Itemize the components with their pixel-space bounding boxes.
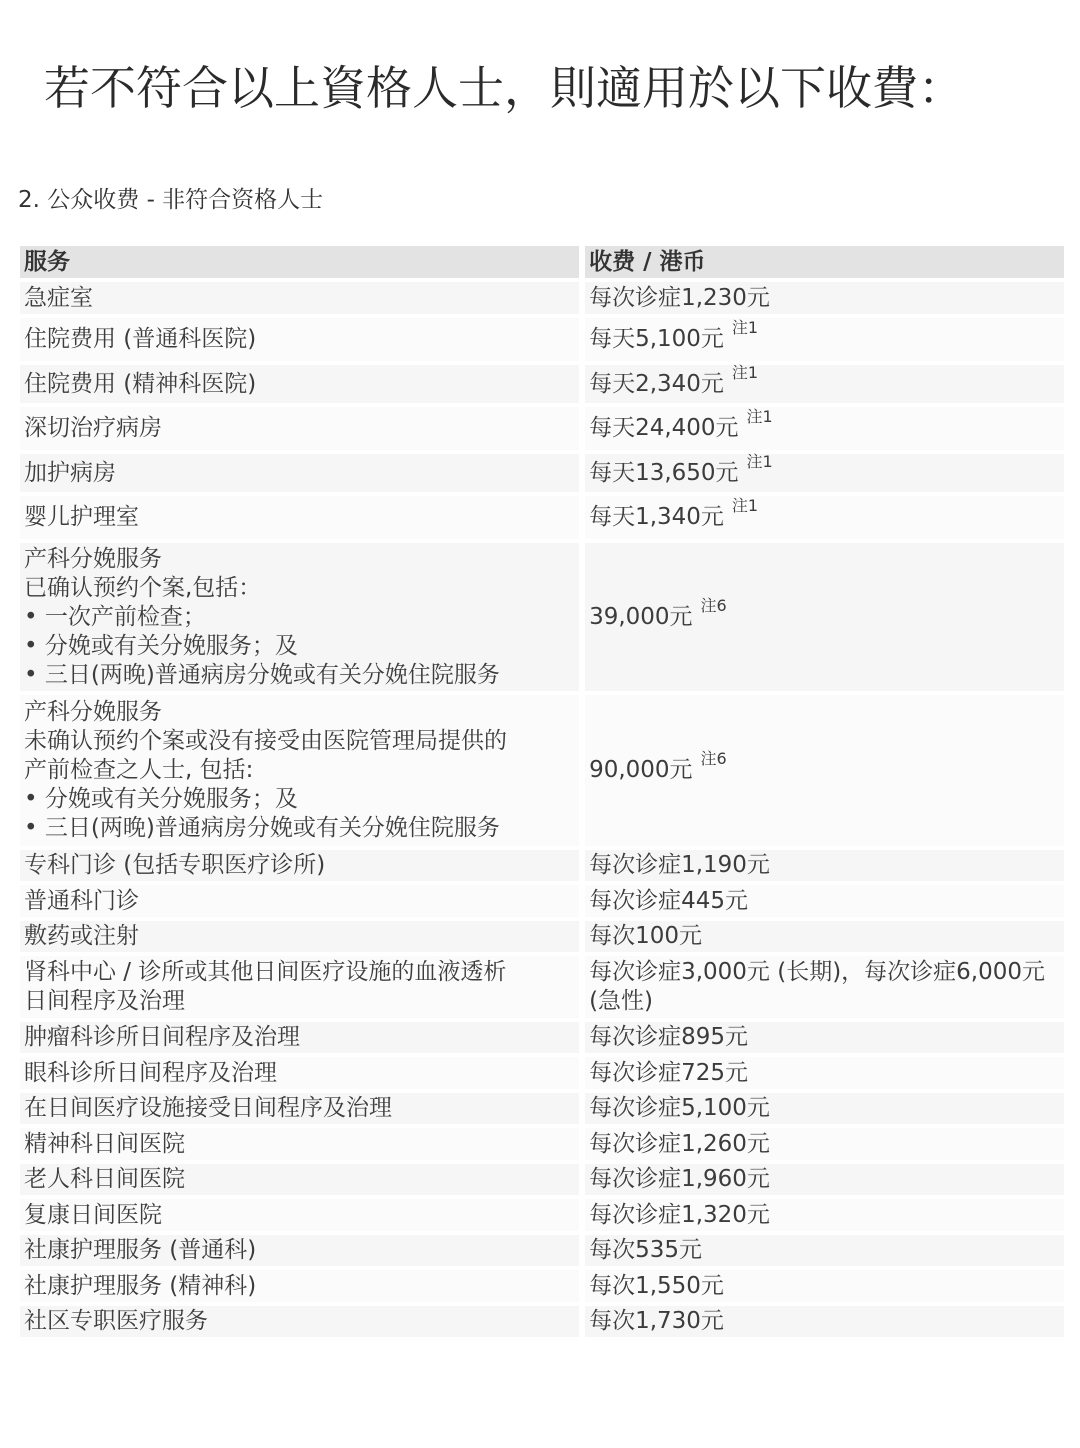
fee-cell: 每次100元: [585, 921, 1064, 952]
service-text: 加护病房: [24, 459, 575, 488]
fee-text: 每次诊症1,960元: [589, 1166, 770, 1192]
footnote-marker: 注1: [747, 407, 773, 426]
service-text: 日间程序及治理: [24, 987, 575, 1016]
footnote-marker: 注1: [732, 363, 758, 382]
service-cell: 肿瘤科诊所日间程序及治理: [20, 1022, 579, 1053]
table-header-row: 服务 收费 / 港币: [20, 246, 1064, 278]
service-cell: 普通科门诊: [20, 885, 579, 917]
fee-table-body: 急症室每次诊症1,230元住院费用 (普通科医院)每天5,100元注1住院费用 …: [20, 282, 1064, 1337]
service-text: 深切治疗病房: [24, 414, 575, 443]
fee-text: 每次诊症3,000元 (长期)，每次诊症6,000元 (急性): [589, 959, 1045, 1014]
service-text: 社康护理服务 (普通科): [24, 1236, 575, 1265]
fee-cell: 每次诊症1,960元: [585, 1164, 1064, 1195]
fee-text: 90,000元: [589, 757, 692, 783]
table-row: 在日间医疗设施接受日间程序及治理每次诊症5,100元: [20, 1093, 1064, 1124]
service-text: 专科门诊 (包括专职医疗诊所): [24, 851, 575, 880]
table-row: 肿瘤科诊所日间程序及治理每次诊症895元: [20, 1022, 1064, 1053]
table-row: 产科分娩服务已确认预约个案,包括：• 一次产前检查；• 分娩或有关分娩服务；及•…: [20, 543, 1064, 691]
header-service: 服务: [20, 246, 579, 278]
service-text: 社区专职医疗服务: [24, 1307, 575, 1336]
service-cell: 眼科诊所日间程序及治理: [20, 1057, 579, 1089]
table-row: 社康护理服务 (精神科)每次1,550元: [20, 1270, 1064, 1302]
fee-cell: 每次1,550元: [585, 1270, 1064, 1302]
fee-text: 每次诊症445元: [589, 888, 748, 914]
service-text: 老人科日间医院: [24, 1165, 575, 1194]
service-text: 肿瘤科诊所日间程序及治理: [24, 1023, 575, 1052]
fee-text: 每次诊症1,320元: [589, 1202, 770, 1228]
footnote-marker: 注1: [732, 496, 758, 515]
fee-text: 每次诊症1,190元: [589, 852, 770, 878]
service-text: • 分娩或有关分娩服务；及: [24, 785, 575, 814]
service-text: 复康日间医院: [24, 1201, 575, 1230]
fee-cell: 39,000元注6: [585, 543, 1064, 691]
table-row: 肾科中心 / 诊所或其他日间医疗设施的血液透析日间程序及治理每次诊症3,000元…: [20, 956, 1064, 1018]
fee-cell: 每次1,730元: [585, 1306, 1064, 1337]
footnote-marker: 注1: [732, 318, 758, 337]
header-fee: 收费 / 港币: [585, 246, 1064, 278]
fee-text: 每天5,100元: [589, 326, 724, 352]
service-text: 产科分娩服务: [24, 698, 575, 727]
table-row: 精神科日间医院每次诊症1,260元: [20, 1128, 1064, 1160]
fee-text: 每天24,400元: [589, 415, 738, 441]
fee-text: 39,000元: [589, 604, 692, 630]
service-cell: 住院费用 (精神科医院): [20, 365, 579, 403]
service-text: 未确认预约个案或没有接受由医院管理局提供的: [24, 727, 575, 756]
fee-cell: 每次诊症445元: [585, 885, 1064, 917]
fee-text: 每次1,730元: [589, 1308, 724, 1334]
service-text: 已确认预约个案,包括：: [24, 574, 575, 603]
table-row: 眼科诊所日间程序及治理每次诊症725元: [20, 1057, 1064, 1089]
service-text: • 三日(两晚)普通病房分娩或有关分娩住院服务: [24, 661, 575, 690]
page-heading: 若不符合以上資格人士，則適用於以下收費：: [44, 58, 964, 118]
service-cell: 社区专职医疗服务: [20, 1306, 579, 1337]
service-text: 产科分娩服务: [24, 545, 575, 574]
service-cell: 精神科日间医院: [20, 1128, 579, 1160]
fee-table: 服务 收费 / 港币 急症室每次诊症1,230元住院费用 (普通科医院)每天5,…: [20, 242, 1064, 1341]
footnote-marker: 注1: [747, 452, 773, 471]
table-row: 住院费用 (普通科医院)每天5,100元注1: [20, 318, 1064, 361]
table-row: 社康护理服务 (普通科)每次535元: [20, 1235, 1064, 1266]
service-cell: 加护病房: [20, 454, 579, 492]
footnote-marker: 注6: [701, 596, 727, 615]
service-text: • 一次产前检查；: [24, 603, 575, 632]
service-cell: 在日间医疗设施接受日间程序及治理: [20, 1093, 579, 1124]
fee-cell: 每次诊症1,260元: [585, 1128, 1064, 1160]
table-row: 产科分娩服务未确认预约个案或没有接受由医院管理局提供的产前检查之人士, 包括:•…: [20, 695, 1064, 846]
table-row: 加护病房每天13,650元注1: [20, 454, 1064, 492]
fee-cell: 每次535元: [585, 1235, 1064, 1266]
service-text: 眼科诊所日间程序及治理: [24, 1059, 575, 1088]
service-cell: 敷药或注射: [20, 921, 579, 952]
service-cell: 住院费用 (普通科医院): [20, 318, 579, 361]
fee-cell: 每次诊症1,230元: [585, 282, 1064, 314]
service-text: 婴儿护理室: [24, 503, 575, 532]
fee-cell: 每次诊症725元: [585, 1057, 1064, 1089]
table-row: 复康日间医院每次诊症1,320元: [20, 1199, 1064, 1231]
table-row: 住院费用 (精神科医院)每天2,340元注1: [20, 365, 1064, 403]
table-row: 老人科日间医院每次诊症1,960元: [20, 1164, 1064, 1195]
service-text: 急症室: [24, 284, 575, 313]
service-text: 住院费用 (普通科医院): [24, 325, 575, 354]
table-row: 深切治疗病房每天24,400元注1: [20, 407, 1064, 450]
service-text: 社康护理服务 (精神科): [24, 1272, 575, 1301]
fee-text: 每次100元: [589, 923, 702, 949]
fee-cell: 每天24,400元注1: [585, 407, 1064, 450]
service-cell: 深切治疗病房: [20, 407, 579, 450]
fee-text: 每次诊症5,100元: [589, 1095, 770, 1121]
service-text: 肾科中心 / 诊所或其他日间医疗设施的血液透析: [24, 958, 575, 987]
service-cell: 婴儿护理室: [20, 496, 579, 539]
service-cell: 产科分娩服务未确认预约个案或没有接受由医院管理局提供的产前检查之人士, 包括:•…: [20, 695, 579, 846]
fee-text: 每次1,550元: [589, 1273, 724, 1299]
table-row: 急症室每次诊症1,230元: [20, 282, 1064, 314]
service-text: • 分娩或有关分娩服务；及: [24, 632, 575, 661]
service-text: 在日间医疗设施接受日间程序及治理: [24, 1094, 575, 1123]
fee-cell: 90,000元注6: [585, 695, 1064, 846]
fee-text: 每次诊症1,260元: [589, 1131, 770, 1157]
service-text: 普通科门诊: [24, 887, 575, 916]
service-text: 住院费用 (精神科医院): [24, 370, 575, 399]
service-cell: 专科门诊 (包括专职医疗诊所): [20, 850, 579, 881]
fee-cell: 每天2,340元注1: [585, 365, 1064, 403]
fee-cell: 每天5,100元注1: [585, 318, 1064, 361]
fee-text: 每次诊症1,230元: [589, 285, 770, 311]
fee-cell: 每天1,340元注1: [585, 496, 1064, 539]
fee-text: 每天1,340元: [589, 504, 724, 530]
table-row: 社区专职医疗服务每次1,730元: [20, 1306, 1064, 1337]
service-text: 精神科日间医院: [24, 1130, 575, 1159]
fee-cell: 每次诊症895元: [585, 1022, 1064, 1053]
footnote-marker: 注6: [701, 749, 727, 768]
service-cell: 急症室: [20, 282, 579, 314]
service-cell: 复康日间医院: [20, 1199, 579, 1231]
fee-cell: 每次诊症1,190元: [585, 850, 1064, 881]
fee-cell: 每次诊症5,100元: [585, 1093, 1064, 1124]
service-text: 产前检查之人士, 包括:: [24, 756, 575, 785]
service-cell: 社康护理服务 (普通科): [20, 1235, 579, 1266]
table-row: 普通科门诊每次诊症445元: [20, 885, 1064, 917]
fee-text: 每次诊症725元: [589, 1060, 748, 1086]
service-text: • 三日(两晚)普通病房分娩或有关分娩住院服务: [24, 814, 575, 843]
service-text: 敷药或注射: [24, 922, 575, 951]
fee-text: 每次535元: [589, 1237, 702, 1263]
service-cell: 肾科中心 / 诊所或其他日间医疗设施的血液透析日间程序及治理: [20, 956, 579, 1018]
fee-text: 每天2,340元: [589, 371, 724, 397]
fee-cell: 每次诊症3,000元 (长期)，每次诊症6,000元 (急性): [585, 956, 1064, 1018]
table-row: 婴儿护理室每天1,340元注1: [20, 496, 1064, 539]
fee-cell: 每次诊症1,320元: [585, 1199, 1064, 1231]
service-cell: 老人科日间医院: [20, 1164, 579, 1195]
fee-text: 每天13,650元: [589, 460, 738, 486]
section-title: 2. 公众收费 - 非符合资格人士: [18, 185, 323, 215]
service-cell: 社康护理服务 (精神科): [20, 1270, 579, 1302]
service-cell: 产科分娩服务已确认预约个案,包括：• 一次产前检查；• 分娩或有关分娩服务；及•…: [20, 543, 579, 691]
table-row: 敷药或注射每次100元: [20, 921, 1064, 952]
fee-cell: 每天13,650元注1: [585, 454, 1064, 492]
table-row: 专科门诊 (包括专职医疗诊所)每次诊症1,190元: [20, 850, 1064, 881]
fee-text: 每次诊症895元: [589, 1024, 748, 1050]
